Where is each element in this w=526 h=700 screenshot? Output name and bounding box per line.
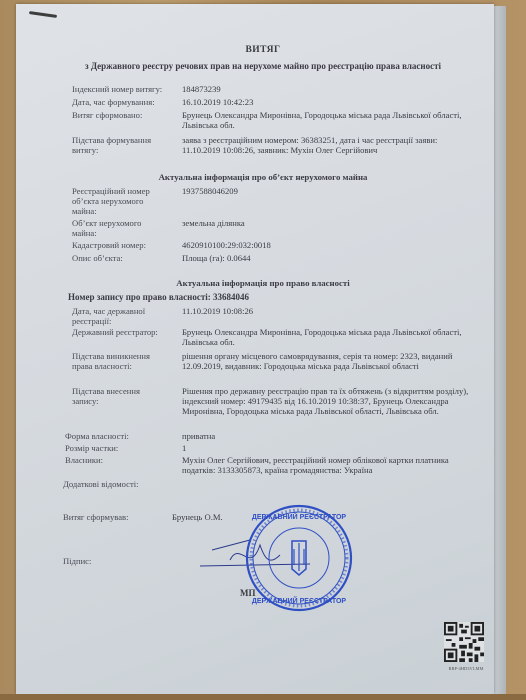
- field-label: Дата, час формування:: [72, 97, 172, 107]
- field-value: Брунець Олександра Миронівна, Городоцька…: [182, 110, 472, 130]
- field-value: Мухін Олег Сергійович, реєстраційний ном…: [182, 455, 472, 475]
- field-value: 1937588046209: [182, 186, 472, 196]
- field-label: Підстава формування витягу:: [72, 135, 172, 155]
- document-subtitle: з Державного реєстру речових прав на нер…: [0, 61, 526, 71]
- table-surface: [0, 694, 526, 700]
- field-label: Додаткові відомості:: [63, 479, 183, 489]
- field-value: 16.10.2019 10:42:23: [182, 97, 472, 107]
- field-value: рішення органу місцевого самоврядування,…: [182, 351, 472, 371]
- seal-label: МП: [240, 588, 256, 598]
- field-label: Форма власності:: [65, 431, 165, 441]
- field-value: 11.10.2019 10:08:26: [182, 306, 472, 316]
- field-label: Власники:: [65, 455, 165, 465]
- field-value: Брунець Олександра Миронівна, Городоцька…: [182, 327, 472, 347]
- field-label: Підстава виникнення права власності:: [72, 351, 157, 371]
- svg-text:ДЕРЖАВНИЙ РЕЄСТРАТОР: ДЕРЖАВНИЙ РЕЄСТРАТОР: [252, 596, 347, 605]
- field-label: Індексний номер витягу:: [72, 84, 172, 94]
- field-value: заява з реєстраційним номером: 36383251,…: [182, 135, 472, 155]
- ownership-record-number: Номер запису про право власності: 336840…: [68, 292, 249, 302]
- field-label: Реєстраційний номер об’єкта нерухомого м…: [72, 186, 157, 216]
- field-label: Опис об’єкта:: [72, 253, 172, 263]
- underlying-page: [494, 6, 506, 700]
- field-label: Об’єкт нерухомого майна:: [72, 218, 152, 238]
- document-title: ВИТЯГ: [0, 45, 526, 55]
- formed-by-label: Витяг сформував:: [63, 512, 163, 522]
- field-value: Рішення про державну реєстрацію прав та …: [182, 386, 472, 416]
- qr-code: [444, 622, 484, 662]
- field-value: 4620910100:29:032:0018: [182, 240, 472, 250]
- object-section-heading: Актуальна інформація про об’єкт нерухомо…: [0, 172, 526, 182]
- field-label: Державний реєстратор:: [72, 327, 172, 337]
- ownership-section-heading: Актуальна інформація про право власності: [0, 278, 526, 288]
- field-label: Дата, час державної реєстрації:: [72, 306, 157, 326]
- field-value: 1: [182, 443, 472, 453]
- field-label: Підстава внесення запису:: [72, 386, 157, 406]
- svg-text:ДЕРЖАВНИЙ РЕЄСТРАТОР: ДЕРЖАВНИЙ РЕЄСТРАТОР: [252, 512, 347, 521]
- field-value: 184873239: [182, 84, 472, 94]
- field-value: земельна ділянка: [182, 218, 472, 228]
- official-stamp: ДЕРЖАВНИЙ РЕЄСТРАТОР ДЕРЖАВНИЙ РЕЄСТРАТО…: [240, 503, 358, 613]
- field-value: приватна: [182, 431, 472, 441]
- field-label: Кадастровий номер:: [72, 240, 172, 250]
- field-label: Витяг сформовано:: [72, 110, 172, 120]
- qr-caption: RRP-4HD3VLMM: [444, 666, 488, 671]
- field-label: Розмір частки:: [65, 443, 165, 453]
- signature-label: Підпис:: [63, 556, 163, 566]
- field-value: Площа (га): 0.0644: [182, 253, 472, 263]
